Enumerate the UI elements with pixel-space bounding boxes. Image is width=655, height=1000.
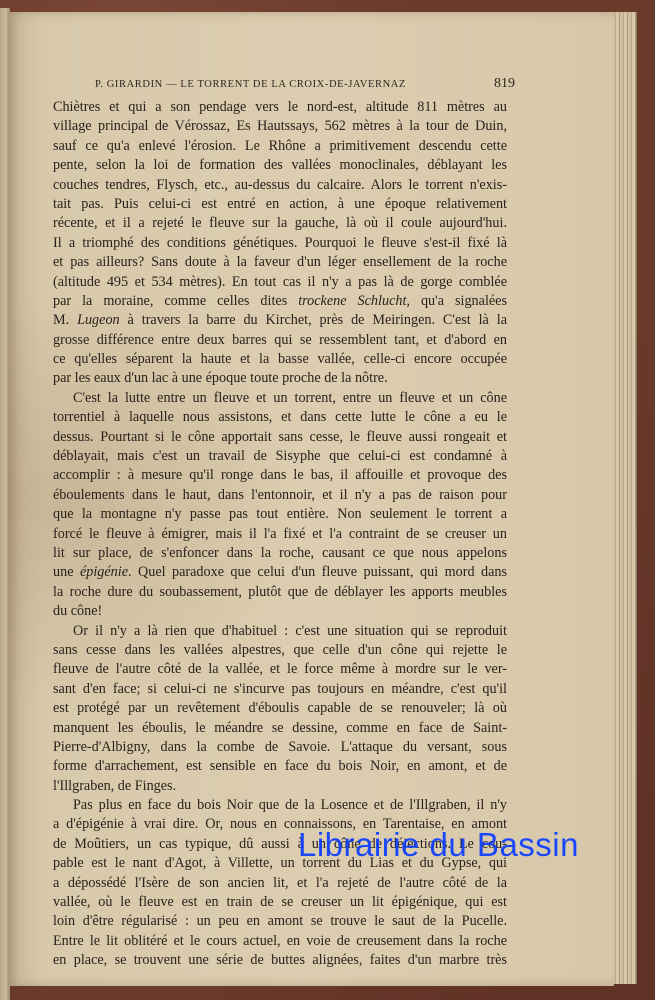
text-line: éboulements dans le haut, dans l'entonno…: [53, 486, 507, 505]
text-line: une épigénie. Quel paradoxe que celui d'…: [53, 563, 507, 582]
text-line: vallée, où le fleuve est en train de se …: [53, 893, 507, 912]
text-line: Chiètres et qui a son pendage vers le no…: [53, 98, 507, 117]
text-line: C'est la lutte entre un fleuve et un tor…: [53, 389, 507, 408]
text-line: Il a triomphé des conditions génétiques.…: [53, 234, 507, 253]
text-line: Or il n'y a là rien que d'habituel : c'e…: [53, 622, 507, 641]
italic-term: Lugeon: [77, 312, 120, 328]
text-line: village principal de Vérossaz, Es Hautss…: [53, 117, 507, 136]
text-line: par la moraine, comme celles dites trock…: [53, 292, 507, 311]
text-line: accomplir : à mesure qu'il ronge dans le…: [53, 466, 507, 485]
text-line: Entre le lit oblitéré et le cours actuel…: [53, 932, 507, 951]
text-line: grosse différence entre deux barres qui …: [53, 331, 507, 350]
running-head-title: P. GIRARDIN — LE TORRENT DE LA CROIX-DE-…: [95, 79, 406, 90]
text-line: a dépossédé l'Isère de son ancien lit, e…: [53, 874, 507, 893]
text-line: déblayait, mais c'est un travail de Sisy…: [53, 447, 507, 466]
text-line: sant d'en face; si celui-ci ne s'incurve…: [53, 680, 507, 699]
text-line: la roche dure du soubassement, plutôt qu…: [53, 583, 507, 602]
text-line: que la montagne n'y passe pas tout entiè…: [53, 505, 507, 524]
text-line: récente, et il a rejeté le fleuve sur la…: [53, 214, 507, 233]
text-line: dessus. Pourtant si le cône apportait sa…: [53, 428, 507, 447]
italic-term: épigénie: [80, 564, 128, 580]
text-line: sans cesse dans les vallées alpestres, q…: [53, 641, 507, 660]
page-stack-edge: [612, 12, 637, 984]
text-line: forme d'arrachement, est sensible en fac…: [53, 757, 507, 776]
text-line: l'Illgraben, de Finges.: [53, 777, 507, 796]
text-line: tait pas. Puis celui-ci est entré en act…: [53, 195, 507, 214]
text-line: lit sur place, de s'enfoncer dans la roc…: [53, 544, 507, 563]
text-line: manquent les éboulis, le méandre se dess…: [53, 719, 507, 738]
text-line: en place, se trouvent une série de butte…: [53, 951, 507, 970]
text-line: est protégé par un revêtement d'éboulis …: [53, 699, 507, 718]
text-line: forcé le fleuve à émigrer, mais il l'a f…: [53, 525, 507, 544]
text-line: torrentiel à laquelle nous assistons, et…: [53, 408, 507, 427]
text-line: sauf ce qu'a enlevé l'érosion. Le Rhône …: [53, 137, 507, 156]
running-head: P. GIRARDIN — LE TORRENT DE LA CROIX-DE-…: [95, 76, 515, 94]
text-line: par les eaux d'un lac à une époque toute…: [53, 369, 507, 388]
text-line: couches tendres, Flysch, etc., au-dessus…: [53, 176, 507, 195]
text-line: et pas ailleurs? Sans doute à la faveur …: [53, 253, 507, 272]
text-line: (altitude 495 et 534 mètres). En tout ca…: [53, 273, 507, 292]
text-line: Pierre-d'Albigny, dans la combe de Savoi…: [53, 738, 507, 757]
text-line: fleuve de l'autre côté de la vallée, et …: [53, 660, 507, 679]
text-line: M. Lugeon à travers la barre du Kirchet,…: [53, 311, 507, 330]
text-line: loin d'être régularisé : un peu en amont…: [53, 912, 507, 931]
text-line: pente, selon la loi de formation des val…: [53, 156, 507, 175]
italic-term: trockene Schlucht: [298, 293, 406, 309]
text-line: ce qu'elles séparent la haute et la bass…: [53, 350, 507, 369]
text-line: du cône!: [53, 602, 507, 621]
text-line: Pas plus en face du bois Noir que de la …: [53, 796, 507, 815]
page-number: 819: [494, 76, 515, 92]
watermark: Librairie du Bassin: [298, 826, 579, 864]
